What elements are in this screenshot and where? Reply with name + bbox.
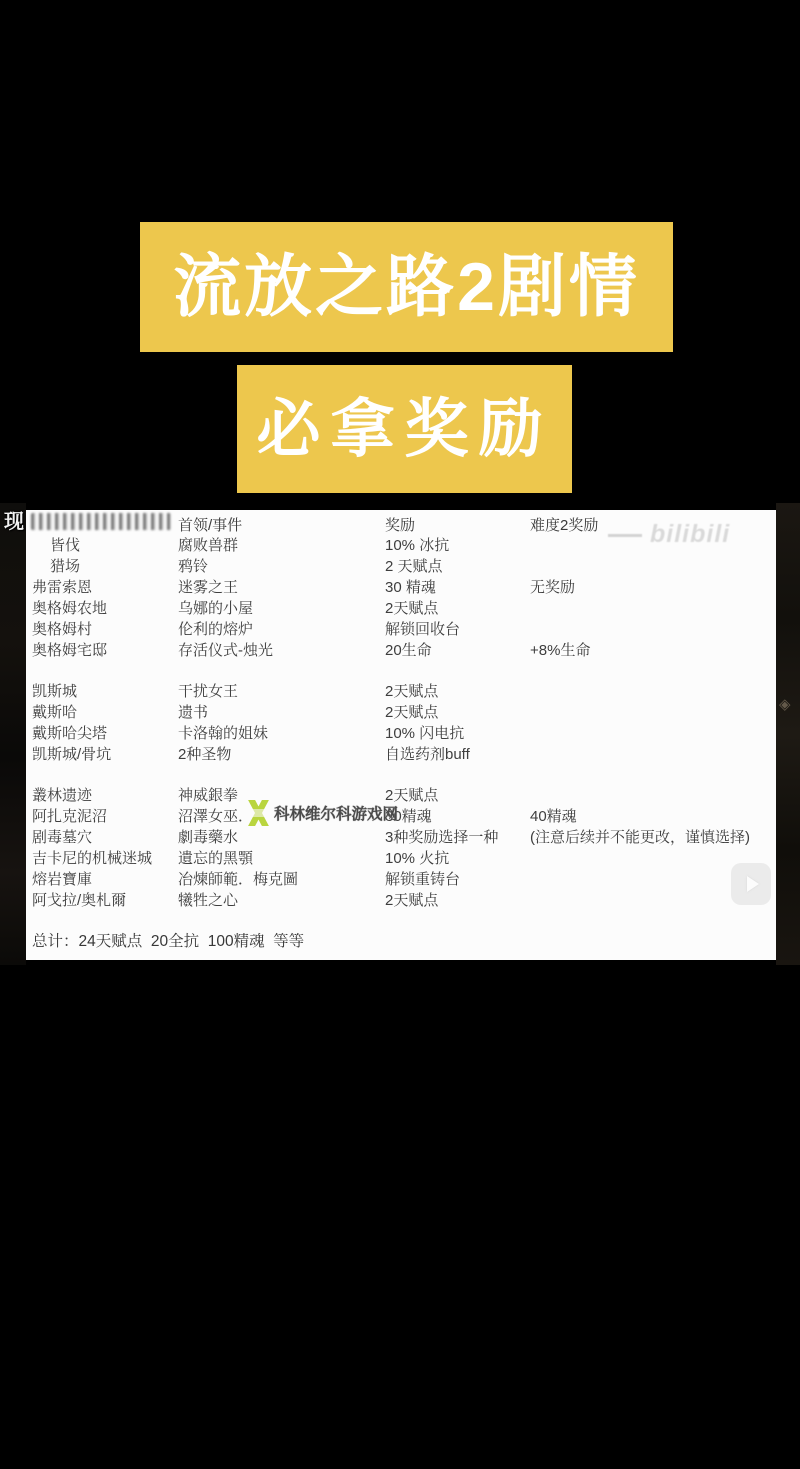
site-watermark-text: 科林维尔科游戏网 (274, 802, 398, 824)
area-cell: 剧毒墓穴 (32, 827, 92, 848)
reward-cell: 2天赋点 (385, 702, 438, 723)
table-row: 凯斯城/骨坑2种圣物自选药剂buff (26, 744, 776, 765)
screenshot-root: 流放之路2剧情 必拿奖励 ◈ 现 bilibili 首领/事件 奖励 难度2奖励… (0, 0, 800, 1469)
boss-cell: 沼澤女巫． (178, 806, 253, 827)
table-row: 奥格姆农地乌娜的小屋2天赋点 (26, 598, 776, 619)
reward-cell: 自选药剂buff (385, 744, 470, 765)
area-cell: 戴斯哈尖塔 (32, 723, 107, 744)
table-row: 熔岩寶庫冶煉師範．梅克圖解锁重铸台 (26, 869, 776, 890)
boss-cell: 遗书 (178, 702, 208, 723)
area-cell: 熔岩寶庫 (32, 869, 92, 890)
title-banner-top: 流放之路2剧情 (140, 222, 673, 352)
boss-cell: 卡洛翰的姐妹 (178, 723, 268, 744)
totals-line: 总计：24天赋点 20全抗 100精魂 等等 (32, 929, 304, 951)
title-line-1: 流放之路2剧情 (173, 253, 640, 321)
area-cell: 凯斯城/骨坑 (32, 744, 111, 765)
table-row: 凯斯城干扰女王2天赋点 (26, 681, 776, 702)
diamond-glyph-icon: ◈ (779, 695, 791, 713)
reward-cell: 解锁重铸台 (385, 869, 460, 890)
boss-cell: 迷雾之王 (178, 577, 238, 598)
reward-cell: 10% 火抗 (385, 848, 449, 869)
boss-cell: 劇毒藥水 (178, 827, 238, 848)
column-header-difficulty2: 难度2奖励 (530, 514, 598, 535)
area-cell: 奥格姆宅邸 (32, 640, 107, 661)
bilibili-watermark-text: bilibili (650, 520, 730, 548)
boss-cell: 神威銀拳 (178, 785, 238, 806)
reward-cell: 10% 闪电抗 (385, 723, 464, 744)
table-row: 阿扎克泥沼沼澤女巫．30精魂40精魂 (26, 806, 776, 827)
watermark-stroke (608, 534, 642, 537)
x-logo-icon (244, 801, 270, 825)
table-row: 吉卡尼的机械迷城遺忘的黑顎10% 火抗 (26, 848, 776, 869)
table-row: 奥格姆村伦利的熔炉解锁回收台 (26, 619, 776, 640)
area-cell: 弗雷索恩 (32, 577, 92, 598)
rewards-table-panel: 首领/事件 奖励 难度2奖励 皆伐腐败兽群10% 冰抗猎场鸦铃2 天赋点弗雷索恩… (26, 510, 776, 960)
reward-cell: 20生命 (385, 640, 432, 661)
area-cell: 戴斯哈 (32, 702, 77, 723)
reward-cell: 解锁回收台 (385, 619, 460, 640)
bilibili-watermark: bilibili (608, 520, 793, 549)
boss-cell: 犧牲之心 (178, 890, 238, 911)
difficulty2-cell: 无奖励 (530, 577, 575, 598)
garbled-watermark-overlay (31, 513, 171, 530)
reward-cell: 30 精魂 (385, 577, 436, 598)
background-texture-left (0, 503, 26, 965)
area-cell: 猎场 (50, 556, 80, 577)
area-cell: 叢林遗迹 (32, 785, 92, 806)
reward-cell: 2天赋点 (385, 681, 438, 702)
title-line-2: 必拿奖励 (257, 397, 553, 461)
title-banner-bottom: 必拿奖励 (237, 365, 572, 493)
column-header-boss: 首领/事件 (178, 514, 242, 535)
play-button-icon[interactable] (731, 863, 771, 905)
difficulty2-cell: 40精魂 (530, 806, 577, 827)
site-watermark: 科林维尔科游戏网 (244, 801, 398, 825)
play-triangle-icon (747, 876, 759, 892)
reward-cell: 2 天赋点 (385, 556, 443, 577)
table-row: 猎场鸦铃2 天赋点 (26, 556, 776, 577)
table-row: 奥格姆宅邸存活仪式-烛光20生命+8%生命 (26, 640, 776, 661)
area-cell: 奥格姆农地 (32, 598, 107, 619)
boss-cell: 伦利的熔炉 (178, 619, 253, 640)
boss-cell: 干扰女王 (178, 681, 238, 702)
area-cell: 阿戈拉/奥札爾 (32, 890, 126, 911)
table-row: 戴斯哈遗书2天赋点 (26, 702, 776, 723)
background-texture-right: ◈ (776, 503, 800, 965)
table-row: 戴斯哈尖塔卡洛翰的姐妹10% 闪电抗 (26, 723, 776, 744)
table-row: 叢林遗迹神威銀拳2天赋点 (26, 785, 776, 806)
reward-cell: 10% 冰抗 (385, 535, 449, 556)
difficulty2-cell: (注意后续并不能更改，谨慎选择) (530, 827, 750, 848)
area-cell: 奥格姆村 (32, 619, 92, 640)
area-cell: 凯斯城 (32, 681, 77, 702)
table-row: 弗雷索恩迷雾之王30 精魂无奖励 (26, 577, 776, 598)
reward-cell: 2天赋点 (385, 598, 438, 619)
boss-cell: 遺忘的黑顎 (178, 848, 253, 869)
area-cell: 阿扎克泥沼 (32, 806, 107, 827)
reward-cell: 3种奖励选择一种 (385, 827, 498, 848)
boss-cell: 鸦铃 (178, 556, 208, 577)
reward-cell: 2天赋点 (385, 890, 438, 911)
table-row: 阿戈拉/奥札爾犧牲之心2天赋点 (26, 890, 776, 911)
column-header-reward: 奖励 (385, 514, 415, 535)
area-cell: 吉卡尼的机械迷城 (32, 848, 152, 869)
boss-cell: 腐败兽群 (178, 535, 238, 556)
difficulty2-cell: +8%生命 (530, 640, 590, 661)
boss-cell: 2种圣物 (178, 744, 231, 765)
boss-cell: 存活仪式-烛光 (178, 640, 273, 661)
boss-cell: 冶煉師範．梅克圖 (178, 869, 298, 890)
table-row: 剧毒墓穴劇毒藥水3种奖励选择一种(注意后续并不能更改，谨慎选择) (26, 827, 776, 848)
area-cell: 皆伐 (50, 535, 80, 556)
video-subtitle-fragment: 现 (4, 505, 24, 534)
boss-cell: 乌娜的小屋 (178, 598, 253, 619)
